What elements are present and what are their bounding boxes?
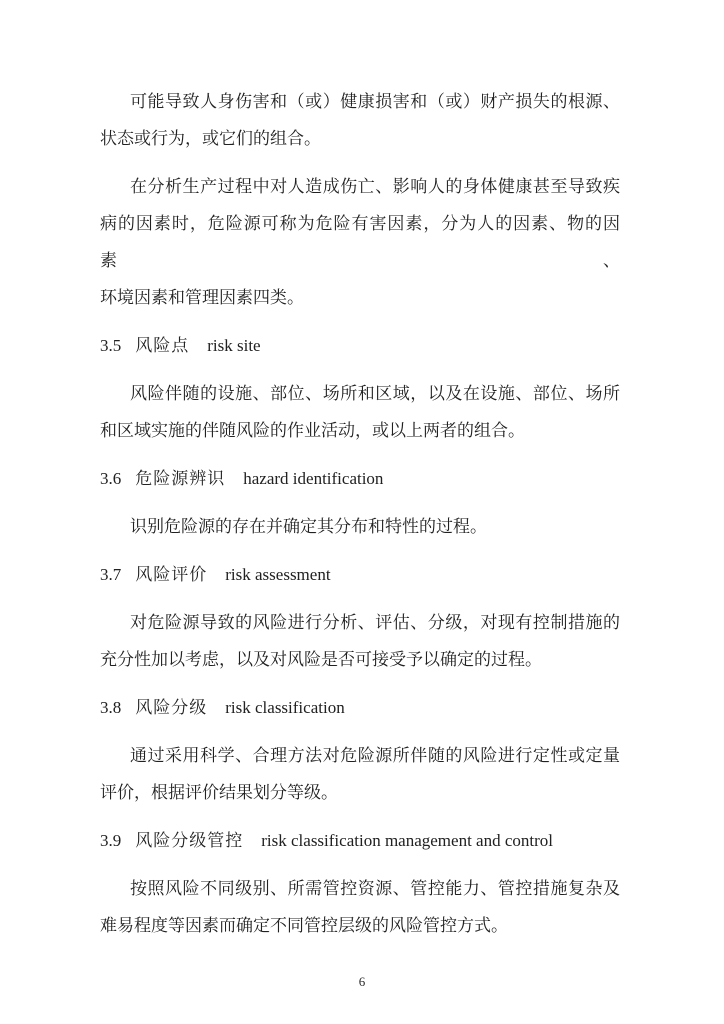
- page-number: 6: [0, 972, 724, 992]
- document-page: 可能导致人身伤害和（或）健康损害和（或）财产损失的根源、状态或行为，或它们的组合…: [0, 0, 724, 1024]
- section-term-zh: 风险分级管控: [135, 831, 243, 850]
- paragraph: 在分析生产过程中对人造成伤亡、影响人的身体健康甚至导致疾病的因素时，危险源可称为…: [100, 168, 620, 316]
- paragraph: 识别危险源的存在并确定其分布和特性的过程。: [100, 508, 620, 545]
- section-heading: 3.8风险分级risk classification: [100, 689, 620, 726]
- paragraph: 可能导致人身伤害和（或）健康损害和（或）财产损失的根源、状态或行为，或它们的组合…: [100, 83, 620, 157]
- paragraph-line: 状态或行为，或它们的组合。: [100, 120, 620, 157]
- paragraph-line: 可能导致人身伤害和（或）健康损害和（或）财产损失的根源、: [100, 83, 620, 120]
- section-number: 3.7: [100, 565, 121, 584]
- paragraph-line: 难易程度等因素而确定不同管控层级的风险管控方式。: [100, 907, 620, 944]
- section-term-en: hazard identification: [243, 469, 383, 488]
- document-body: 可能导致人身伤害和（或）健康损害和（或）财产损失的根源、状态或行为，或它们的组合…: [0, 0, 724, 944]
- section-term-en: risk site: [207, 336, 260, 355]
- paragraph-line: 环境因素和管理因素四类。: [100, 279, 620, 316]
- section-term-zh: 风险评价: [135, 565, 207, 584]
- section-term-zh: 风险点: [135, 336, 189, 355]
- section-term-zh: 风险分级: [135, 698, 207, 717]
- section-number: 3.9: [100, 831, 121, 850]
- paragraph-line: 风险伴随的设施、部位、场所和区域，以及在设施、部位、场所: [100, 375, 620, 412]
- paragraph-line: 和区域实施的伴随风险的作业活动，或以上两者的组合。: [100, 412, 620, 449]
- paragraph: 通过采用科学、合理方法对危险源所伴随的风险进行定性或定量评价，根据评价结果划分等…: [100, 737, 620, 811]
- section-heading: 3.9风险分级管控risk classification management …: [100, 822, 620, 859]
- paragraph-line: 充分性加以考虑，以及对风险是否可接受予以确定的过程。: [100, 641, 620, 678]
- paragraph-line: 通过采用科学、合理方法对危险源所伴随的风险进行定性或定量: [100, 737, 620, 774]
- section-number: 3.6: [100, 469, 121, 488]
- section-term-en: risk assessment: [225, 565, 330, 584]
- paragraph-line: 病的因素时，危险源可称为危险有害因素，分为人的因素、物的因素、: [100, 205, 620, 279]
- paragraph-line: 按照风险不同级别、所需管控资源、管控能力、管控措施复杂及: [100, 870, 620, 907]
- section-term-en: risk classification: [225, 698, 344, 717]
- paragraph: 对危险源导致的风险进行分析、评估、分级，对现有控制措施的充分性加以考虑，以及对风…: [100, 604, 620, 678]
- section-heading: 3.7风险评价risk assessment: [100, 556, 620, 593]
- paragraph-line: 在分析生产过程中对人造成伤亡、影响人的身体健康甚至导致疾: [100, 168, 620, 205]
- paragraph-line: 识别危险源的存在并确定其分布和特性的过程。: [100, 508, 620, 545]
- section-heading: 3.6危险源辨识hazard identification: [100, 460, 620, 497]
- section-number: 3.5: [100, 336, 121, 355]
- paragraph: 风险伴随的设施、部位、场所和区域，以及在设施、部位、场所和区域实施的伴随风险的作…: [100, 375, 620, 449]
- paragraph-line: 评价，根据评价结果划分等级。: [100, 774, 620, 811]
- section-term-en: risk classification management and contr…: [261, 831, 553, 850]
- paragraph: 按照风险不同级别、所需管控资源、管控能力、管控措施复杂及难易程度等因素而确定不同…: [100, 870, 620, 944]
- section-heading: 3.5风险点risk site: [100, 327, 620, 364]
- section-term-zh: 危险源辨识: [135, 469, 225, 488]
- paragraph-line: 对危险源导致的风险进行分析、评估、分级，对现有控制措施的: [100, 604, 620, 641]
- section-number: 3.8: [100, 698, 121, 717]
